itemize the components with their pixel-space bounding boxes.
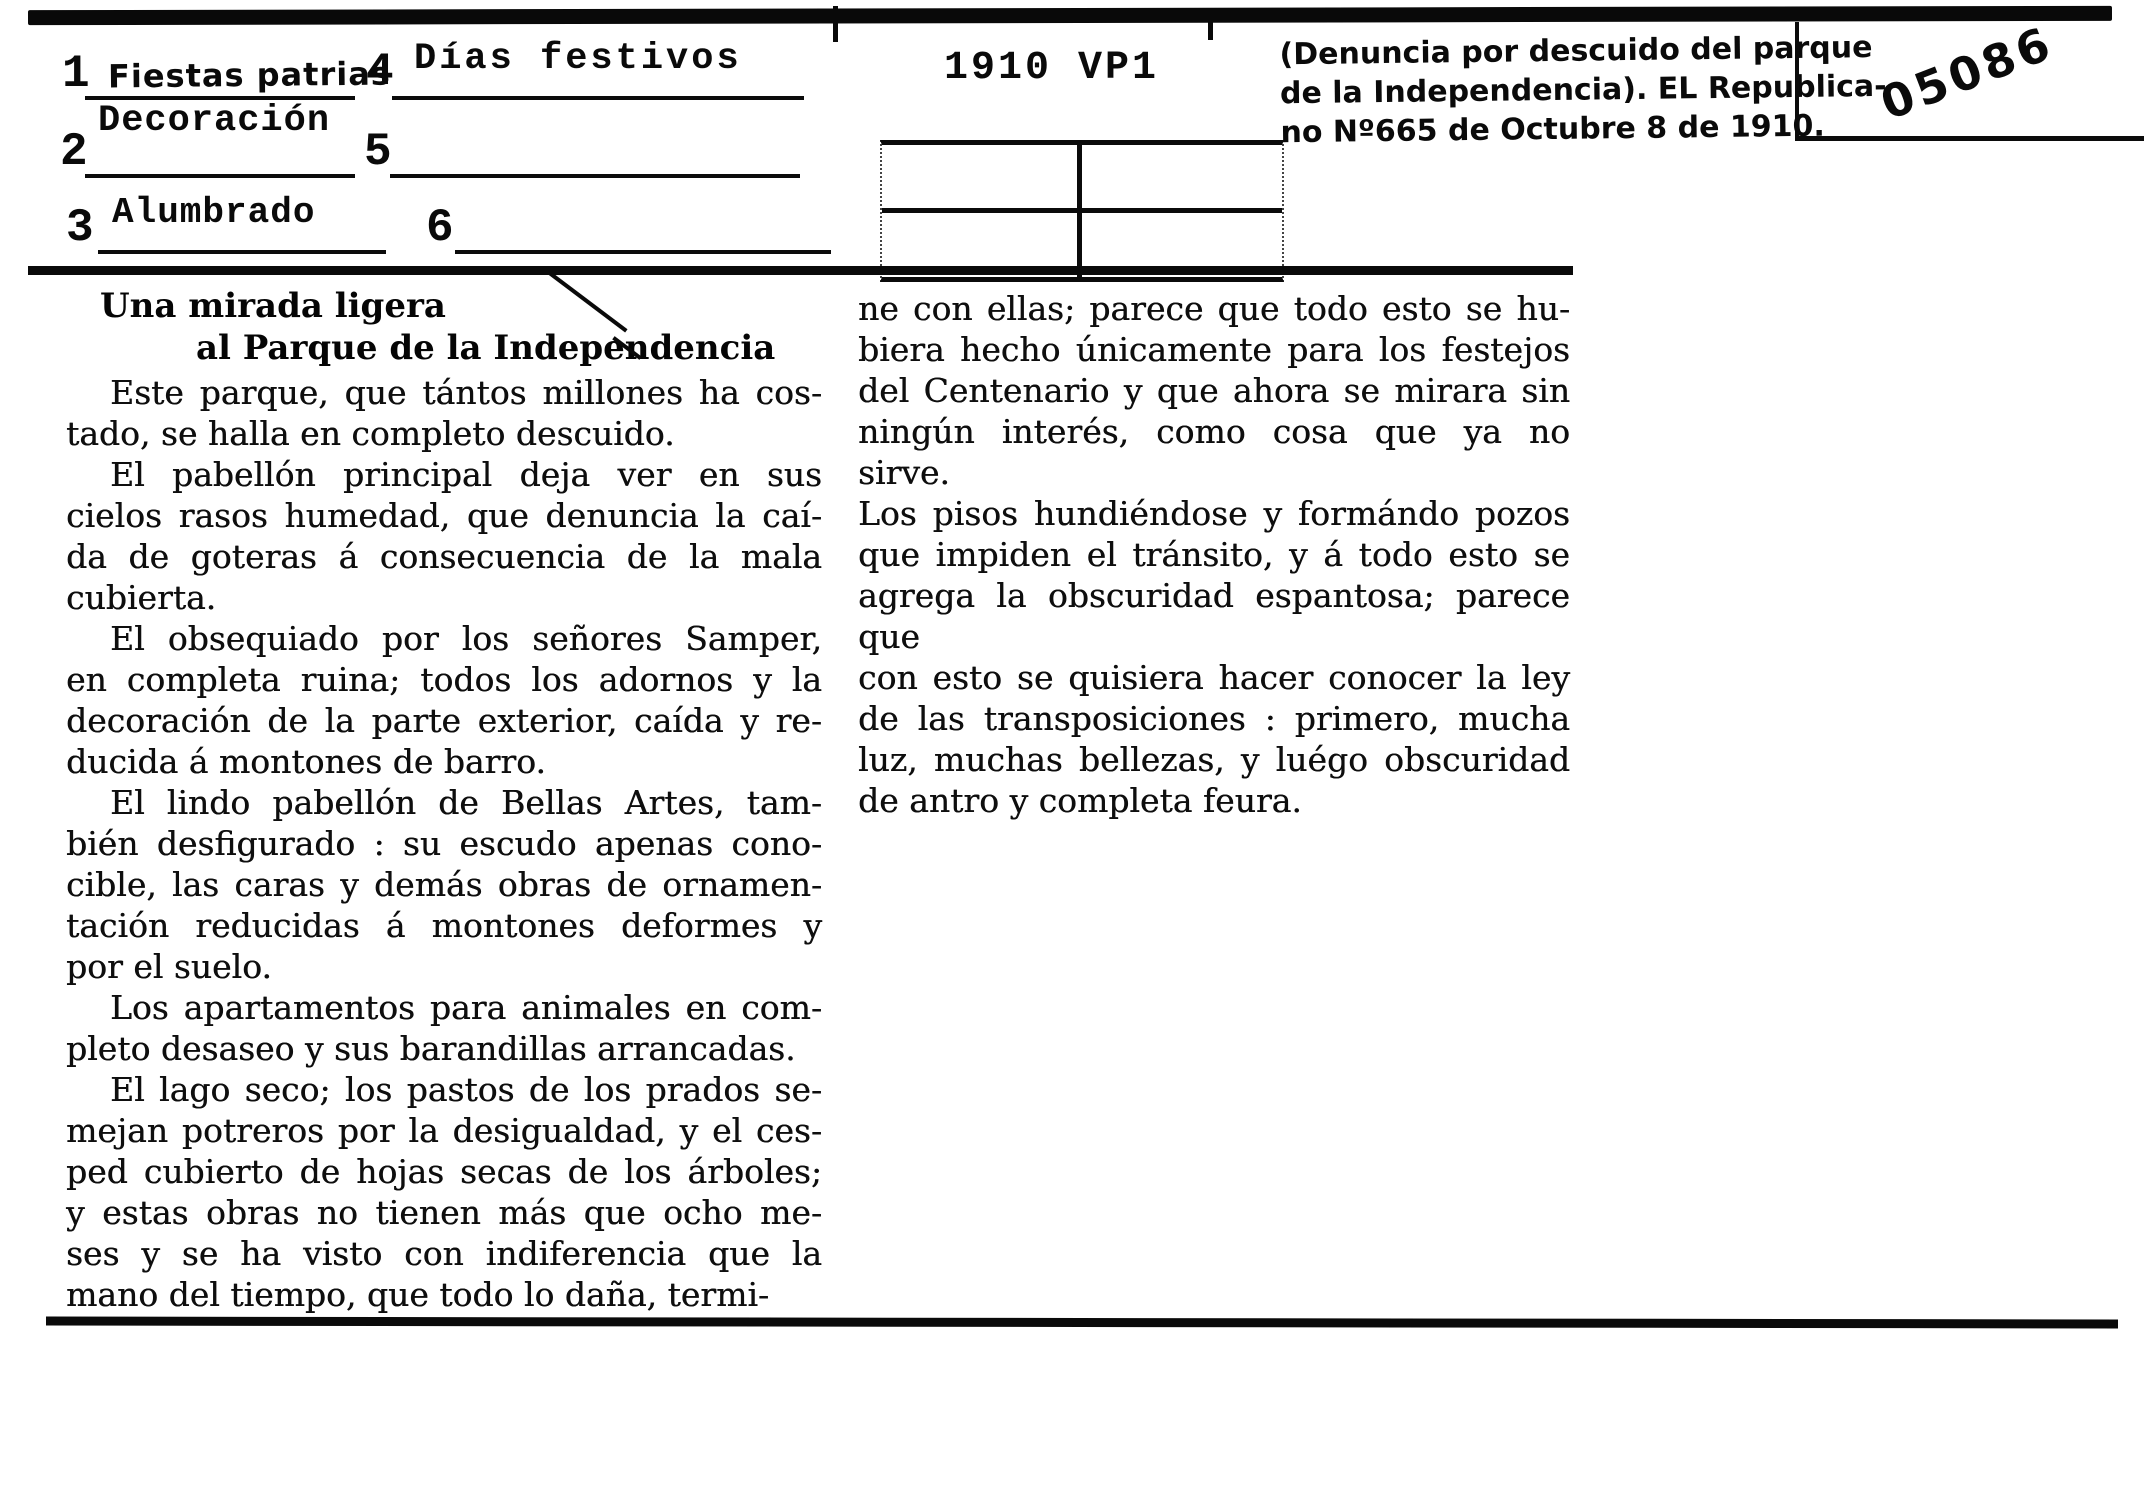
- article-text-line: Los pisos hundiéndose y formándo pozos: [858, 493, 1570, 534]
- source-annotation: (Denuncia por descuido del parque de la …: [1279, 29, 1820, 153]
- pen-stroke-mark: [548, 272, 627, 333]
- annotation-line: de la Independencia). EL Republica-: [1280, 68, 1820, 114]
- header-divider-rule: [28, 266, 1573, 275]
- article-text-line: ses y se ha visto con indiferencia que l…: [66, 1233, 822, 1274]
- article-text-line: que impiden el tránsito, y á todo esto s…: [858, 534, 1570, 575]
- article-text-line: de las transposiciones : primero, mucha: [858, 698, 1570, 739]
- registration-tick-left: [833, 6, 838, 42]
- article-text-line: ne con ellas; parece que todo esto se hu…: [858, 288, 1570, 329]
- article-paragraph: ne con ellas; parece que todo esto se hu…: [858, 288, 1570, 821]
- article-text-line: biera hecho únicamente para los festejos: [858, 329, 1570, 370]
- article-text-line: El pabellón principal deja ver en sus: [66, 454, 822, 495]
- article-paragraph: El pabellón principal deja ver en suscie…: [66, 454, 822, 618]
- article-text-line: ped cubierto de hojas secas de los árbol…: [66, 1151, 822, 1192]
- article-text-line: en completa ruina; todos los adornos y l…: [66, 659, 822, 700]
- article-left-column: Este parque, que tántos millones ha cos-…: [66, 372, 822, 1315]
- article-text-line: agrega la obscuridad espantosa; parece q…: [858, 575, 1570, 657]
- article-text-line: decoración de la parte exterior, caída y…: [66, 700, 822, 741]
- article-text-line: mejan potreros por la desigualdad, y el …: [66, 1110, 822, 1151]
- article-text-line: pleto desaseo y sus barandillas arrancad…: [66, 1028, 822, 1069]
- article-text-line: y estas obras no tienen más que ocho me-: [66, 1192, 822, 1233]
- article-text-line: ningún interés, como cosa que ya no sirv…: [858, 411, 1570, 493]
- article-text-line: de antro y completa feura.: [858, 780, 1570, 821]
- field-4-label: Días festivos: [414, 38, 742, 80]
- article-text-line: tado, se halla en completo descuido.: [66, 413, 822, 454]
- article-text-line: El lago seco; los pastos de los prados s…: [66, 1069, 822, 1110]
- article-text-line: El obsequiado por los señores Samper,: [66, 618, 822, 659]
- field-1-label: Fiestas patrias: [108, 55, 391, 96]
- index-card: 1 Fiestas patrias Decoración 2 Alumbrado…: [0, 0, 2144, 1492]
- article-right-column: ne con ellas; parece que todo esto se hu…: [858, 288, 1570, 821]
- article-headline-line-1: Una mirada ligera: [100, 286, 446, 326]
- article-text-line: El lindo pabellón de Bellas Artes, tam-: [66, 782, 822, 823]
- year-label: 1910: [944, 46, 1052, 91]
- article-paragraph: El lindo pabellón de Bellas Artes, tam-b…: [66, 782, 822, 987]
- stamp-grid-horizontal-divider: [882, 208, 1282, 213]
- field-2-underline: [85, 132, 355, 178]
- annotation-line: (Denuncia por descuido del parque: [1279, 29, 1819, 75]
- article-paragraph: El lago seco; los pastos de los prados s…: [66, 1069, 822, 1315]
- article-paragraph: Este parque, que tántos millones ha cos-…: [66, 372, 822, 454]
- field-5-underline: [390, 132, 800, 178]
- field-3-number: 3: [66, 202, 94, 254]
- registry-number-box: 05086: [1795, 22, 2144, 141]
- field-4-number: 4: [366, 46, 394, 98]
- article-paragraph: Los apartamentos para animales en com-pl…: [66, 987, 822, 1069]
- article-paragraph: El obsequiado por los señores Samper,en …: [66, 618, 822, 782]
- article-text-line: por el suelo.: [66, 946, 822, 987]
- article-text-line: bién desfigurado : su escudo apenas cono…: [66, 823, 822, 864]
- article-text-line: da de goteras á consecuencia de la mala: [66, 536, 822, 577]
- stamp-grid-box: [880, 140, 1284, 282]
- registry-number: 05086: [1873, 16, 2060, 131]
- article-text-line: con esto se quisiera hacer conocer la le…: [858, 657, 1570, 698]
- field-6-underline: [455, 208, 831, 254]
- registration-tick-right: [1208, 8, 1213, 40]
- article-text-line: cubierta.: [66, 577, 822, 618]
- article-text-line: mano del tiempo, que todo lo daña, termi…: [66, 1274, 822, 1315]
- field-3-underline: [98, 208, 386, 254]
- article-headline-line-2: al Parque de la Independencia: [196, 328, 775, 368]
- annotation-line: no Nº665 de Octubre 8 de 1910.: [1280, 107, 1820, 153]
- article-text-line: ducida á montones de barro.: [66, 741, 822, 782]
- field-5-number: 5: [364, 126, 392, 178]
- field-6-number: 6: [426, 202, 454, 254]
- article-text-line: luz, muchas bellezas, y luégo obscuridad: [858, 739, 1570, 780]
- article-text-line: cible, las caras y demás obras de orname…: [66, 864, 822, 905]
- article-text-line: del Centenario y que ahora se mirara sin: [858, 370, 1570, 411]
- stamp-grid-vertical-divider: [1077, 145, 1082, 277]
- series-code-label: VP1: [1078, 46, 1159, 91]
- article-text-line: cielos rasos humedad, que denuncia la ca…: [66, 495, 822, 536]
- article-text-line: tación reducidas á montones deformes y: [66, 905, 822, 946]
- field-2-number: 2: [60, 126, 88, 178]
- article-text-line: Este parque, que tántos millones ha cos-: [66, 372, 822, 413]
- clipping-bottom-rule: [46, 1317, 2118, 1329]
- article-text-line: Los apartamentos para animales en com-: [66, 987, 822, 1028]
